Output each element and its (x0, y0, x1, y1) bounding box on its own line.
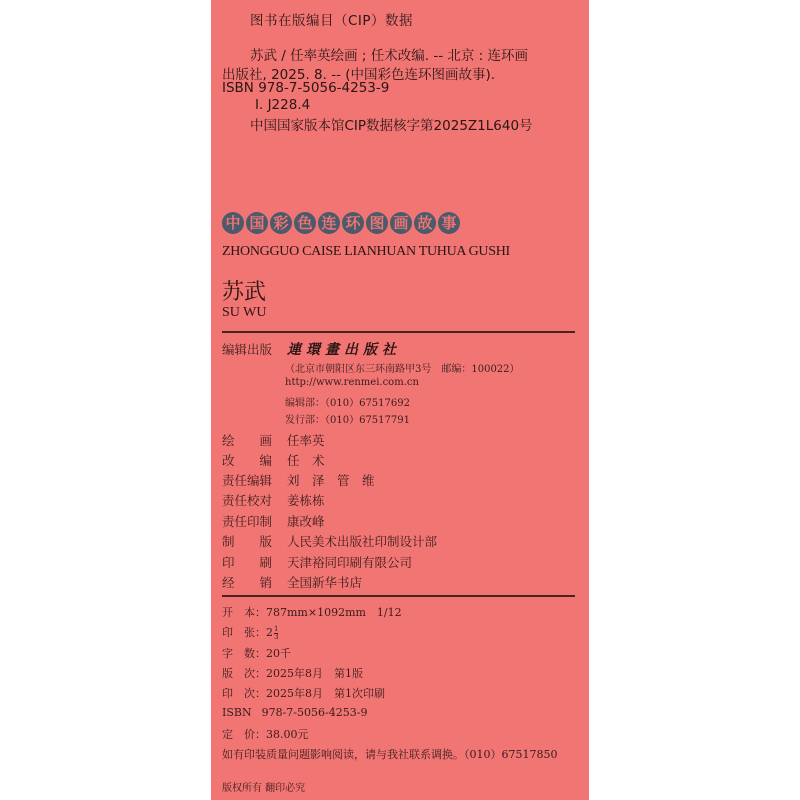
copyright-page: 图书在版编目（CIP）数据 苏武 / 任率英绘画 ; 任术改编. -- 北京 :… (211, 0, 589, 800)
credit-value: 全国新华书店 (287, 573, 362, 591)
spec-label: 定 价： (222, 728, 266, 741)
series-pinyin: ZHONGGUO CAISE LIANHUAN TUHUA GUSHI (222, 244, 510, 260)
spec-label: 开 本： (222, 606, 266, 619)
spec-label: 印 张： (222, 626, 266, 639)
cip-line-5: 中国国家版本馆CIP数据核字第2025Z1L640号 (250, 114, 533, 134)
spec-price: 定 价：38.00元 (222, 726, 309, 742)
credit-value: 任率英 (287, 431, 325, 449)
cip-line-4: Ⅰ. J228.4 (255, 97, 310, 113)
cip-title: 图书在版编目（CIP）数据 (250, 9, 413, 29)
quality-notice: 如有印装质量问题影响阅读，请与我社联系调换。（010）67517850 (222, 746, 557, 762)
publisher-logo: 連環畫出版社 (287, 339, 401, 359)
copyright-notice: 版权所有 翻印必究 (222, 779, 305, 794)
cip-line-1: 苏武 / 任率英绘画 ; 任术改编. -- 北京 : 连环画 (250, 44, 528, 64)
spec-value: 38.00元 (266, 728, 309, 741)
book-pinyin: SU WU (222, 305, 266, 321)
spec-value: 20千 (266, 647, 291, 660)
spec-sheets: 印 张：213 (222, 624, 278, 641)
credit-label: 责任校对 (222, 491, 272, 509)
credit-label: 绘 画 (222, 431, 272, 449)
credit-label: 制 版 (222, 532, 272, 550)
spec-words: 字 数：20千 (222, 645, 291, 661)
credit-value: 康改峰 (287, 512, 325, 530)
credit-label: 改 编 (222, 451, 272, 469)
spec-value: 787mm×1092mm 1/12 (266, 606, 402, 619)
spec-value-whole: 2 (266, 626, 273, 639)
credit-value: 刘 泽 管 维 (287, 471, 375, 489)
publisher-url: http://www.renmei.com.cn (285, 377, 419, 388)
series-badge: 故 (414, 212, 436, 234)
credit-label: 责任印制 (222, 512, 272, 530)
spec-edition: 版 次：2025年8月 第1版 (222, 665, 363, 681)
spec-fraction: 13 (274, 626, 278, 641)
divider (222, 331, 575, 333)
series-badge: 国 (246, 212, 268, 234)
series-badge: 事 (438, 212, 460, 234)
spec-isbn: ISBN978-7-5056-4253-9 (222, 706, 367, 719)
series-badge: 彩 (270, 212, 292, 234)
series-title-badges: 中 国 彩 色 连 环 图 画 故 事 (222, 212, 460, 234)
spec-format: 开 本：787mm×1092mm 1/12 (222, 604, 402, 620)
credit-value: 天津裕同印刷有限公司 (287, 553, 412, 571)
cip-line-3: ISBN 978-7-5056-4253-9 (222, 80, 389, 96)
series-badge: 画 (390, 212, 412, 234)
spec-printing: 印 次：2025年8月 第1次印刷 (222, 685, 385, 701)
spec-value: 2025年8月 第1次印刷 (266, 687, 385, 700)
credit-value: 姜栋栋 (287, 491, 325, 509)
credit-label: 印 刷 (222, 553, 272, 571)
spec-value: 2025年8月 第1版 (266, 667, 363, 680)
publisher-address: （北京市朝阳区东三环南路甲3号 邮编：100022） (285, 360, 520, 375)
distribution-dept-phone: 发行部：（010）67517791 (285, 411, 410, 426)
credit-label: 经 销 (222, 573, 272, 591)
credit-value: 人民美术出版社印制设计部 (287, 532, 437, 550)
credit-label: 责任编辑 (222, 471, 272, 489)
spec-label: ISBN (222, 706, 252, 719)
series-badge: 连 (318, 212, 340, 234)
spec-value: 978-7-5056-4253-9 (262, 706, 368, 719)
series-badge: 中 (222, 212, 244, 234)
credit-value: 任 术 (287, 451, 325, 469)
series-badge: 图 (366, 212, 388, 234)
divider (222, 595, 575, 597)
book-title: 苏武 (222, 275, 266, 306)
series-badge: 环 (342, 212, 364, 234)
spec-label: 印 次： (222, 687, 266, 700)
spec-label: 版 次： (222, 667, 266, 680)
series-badge: 色 (294, 212, 316, 234)
spec-label: 字 数： (222, 647, 266, 660)
publisher-label: 编辑出版 (222, 340, 272, 358)
editorial-dept-phone: 编辑部：（010）67517692 (285, 394, 410, 409)
